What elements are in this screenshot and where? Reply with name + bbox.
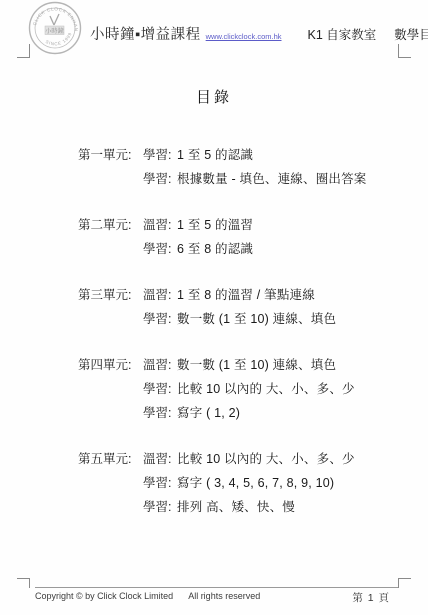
unit-line: 學習: 1 至 5 的認識 xyxy=(143,143,408,167)
unit-lines: 溫習: 比較 10 以內的 大、小、多、少 學習: 寫字 ( 3, 4, 5, … xyxy=(143,447,408,519)
footer-copyright-block: Copyright © by Click Clock Limited All r… xyxy=(35,591,260,601)
unit-line: 學習: 6 至 8 的認識 xyxy=(143,237,408,261)
line-type-label: 學習: xyxy=(143,143,177,167)
page-number: 第 1 頁 xyxy=(352,590,390,605)
unit-label: 第四單元: xyxy=(78,353,143,425)
unit-line: 溫習: 數一數 (1 至 10) 連線、填色 xyxy=(143,353,408,377)
footer-divider xyxy=(35,587,398,588)
unit-row: 第三單元: 溫習: 1 至 8 的溫習 / 筆點連線 學習: 數一數 (1 至 … xyxy=(78,283,408,331)
unit-label: 第三單元: xyxy=(78,283,143,331)
unit-lines: 學習: 1 至 5 的認識 學習: 根據數量 - 填色、連線、圈出答案 xyxy=(143,143,408,191)
unit-line: 溫習: 1 至 5 的溫習 xyxy=(143,213,408,237)
line-content: 數一數 (1 至 10) 連線、填色 xyxy=(177,307,336,331)
margin-mark-bottom-left xyxy=(17,578,30,588)
line-type-label: 學習: xyxy=(143,401,177,425)
unit-label: 第五單元: xyxy=(78,447,143,519)
line-content: 根據數量 - 填色、連線、圈出答案 xyxy=(177,167,367,191)
unit-line: 學習: 比較 10 以內的 大、小、多、少 xyxy=(143,377,408,401)
unit-line: 學習: 數一數 (1 至 10) 連線、填色 xyxy=(143,307,408,331)
page-header: 小時鐘▪增益課程 www.clickclock.com.hk K1 自家教室 數… xyxy=(90,23,428,44)
unit-line: 溫習: 比較 10 以內的 大、小、多、少 xyxy=(143,447,408,471)
classroom-label: K1 自家教室 xyxy=(308,25,377,43)
line-content: 寫字 ( 3, 4, 5, 6, 7, 8, 9, 10) xyxy=(177,471,334,495)
unit-label: 第一單元: xyxy=(78,143,143,191)
line-content: 1 至 8 的溫習 / 筆點連線 xyxy=(177,283,315,307)
unit-line: 學習: 排列 高、矮、快、慢 xyxy=(143,495,408,519)
copyright-text: Copyright © by Click Clock Limited xyxy=(35,591,173,601)
line-type-label: 溫習: xyxy=(143,283,177,307)
unit-lines: 溫習: 1 至 5 的溫習 學習: 6 至 8 的認識 xyxy=(143,213,408,261)
line-content: 排列 高、矮、快、慢 xyxy=(177,495,295,519)
unit-row: 第一單元: 學習: 1 至 5 的認識 學習: 根據數量 - 填色、連線、圈出答… xyxy=(78,143,408,191)
unit-row: 第五單元: 溫習: 比較 10 以內的 大、小、多、少 學習: 寫字 ( 3, … xyxy=(78,447,408,519)
line-type-label: 溫習: xyxy=(143,213,177,237)
unit-label: 第二單元: xyxy=(78,213,143,261)
brand-title: 小時鐘▪增益課程 xyxy=(90,23,201,44)
unit-lines: 溫習: 數一數 (1 至 10) 連線、填色 學習: 比較 10 以內的 大、小… xyxy=(143,353,408,425)
logo-center-text: 小時鐘 xyxy=(45,27,64,35)
document-page: CLICK CLOCK ENHANCEMENT SINCE 1999 小時鐘 小… xyxy=(0,0,428,615)
line-content: 比較 10 以內的 大、小、多、少 xyxy=(177,377,355,401)
line-content: 1 至 5 的溫習 xyxy=(177,213,253,237)
line-type-label: 學習: xyxy=(143,167,177,191)
unit-line: 溫習: 1 至 8 的溫習 / 筆點連線 xyxy=(143,283,408,307)
unit-line: 學習: 寫字 ( 3, 4, 5, 6, 7, 8, 9, 10) xyxy=(143,471,408,495)
line-type-label: 溫習: xyxy=(143,353,177,377)
clock-stamp-logo: CLICK CLOCK ENHANCEMENT SINCE 1999 小時鐘 xyxy=(28,1,82,60)
line-type-label: 溫習: xyxy=(143,447,177,471)
line-type-label: 學習: xyxy=(143,495,177,519)
unit-row: 第四單元: 溫習: 數一數 (1 至 10) 連線、填色 學習: 比較 10 以… xyxy=(78,353,408,425)
margin-mark-top-right xyxy=(398,44,411,58)
unit-row: 第二單元: 溫習: 1 至 5 的溫習 學習: 6 至 8 的認識 xyxy=(78,213,408,261)
line-type-label: 學習: xyxy=(143,237,177,261)
line-type-label: 學習: xyxy=(143,307,177,331)
rights-text: All rights reserved xyxy=(188,591,260,601)
line-content: 1 至 5 的認識 xyxy=(177,143,253,167)
line-content: 6 至 8 的認識 xyxy=(177,237,253,261)
website-link[interactable]: www.clickclock.com.hk xyxy=(206,32,282,41)
page-title: 目錄 xyxy=(0,86,428,107)
line-content: 數一數 (1 至 10) 連線、填色 xyxy=(177,353,336,377)
unit-lines: 溫習: 1 至 8 的溫習 / 筆點連線 學習: 數一數 (1 至 10) 連線… xyxy=(143,283,408,331)
line-type-label: 學習: xyxy=(143,471,177,495)
unit-line: 學習: 根據數量 - 填色、連線、圈出答案 xyxy=(143,167,408,191)
unit-line: 學習: 寫字 ( 1, 2) xyxy=(143,401,408,425)
line-type-label: 學習: xyxy=(143,377,177,401)
margin-mark-bottom-right xyxy=(398,578,411,588)
clock-stamp-icon: CLICK CLOCK ENHANCEMENT SINCE 1999 小時鐘 xyxy=(28,1,82,55)
margin-mark-top-left xyxy=(17,44,30,58)
units-list: 第一單元: 學習: 1 至 5 的認識 學習: 根據數量 - 填色、連線、圈出答… xyxy=(78,143,408,541)
subject-label: 數學目錄 xyxy=(394,25,428,43)
line-content: 比較 10 以內的 大、小、多、少 xyxy=(177,447,355,471)
line-content: 寫字 ( 1, 2) xyxy=(177,401,240,425)
